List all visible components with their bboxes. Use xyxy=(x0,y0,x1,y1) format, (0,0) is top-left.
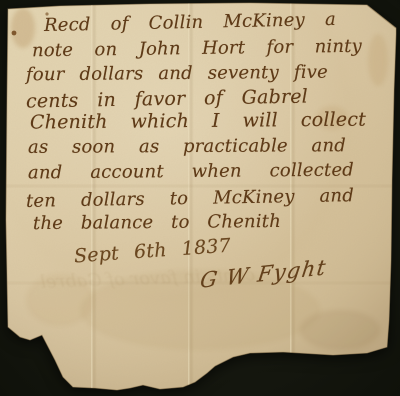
manuscript-line: note on John Hort for ninty xyxy=(32,37,362,62)
manuscript-line: and account when collected xyxy=(28,161,354,185)
manuscript-line: Chenith which I will collect xyxy=(30,110,366,135)
manuscript-line: the balance to Chenith xyxy=(33,212,281,235)
manuscript-line: Recd of Collin McKiney a xyxy=(44,10,336,37)
manuscript-line: as soon as practicable and xyxy=(28,136,346,158)
manuscript-date: Sept 6th 1837 xyxy=(73,236,231,269)
photo-background: Recd of Collin McKiney a note on John Ho… xyxy=(0,0,400,396)
manuscript-line: ten dollars to McKiney and xyxy=(26,186,354,212)
handwritten-note: Recd of Collin McKiney a note on John Ho… xyxy=(0,0,400,396)
manuscript-line: four dollars and seventy five xyxy=(26,63,328,86)
